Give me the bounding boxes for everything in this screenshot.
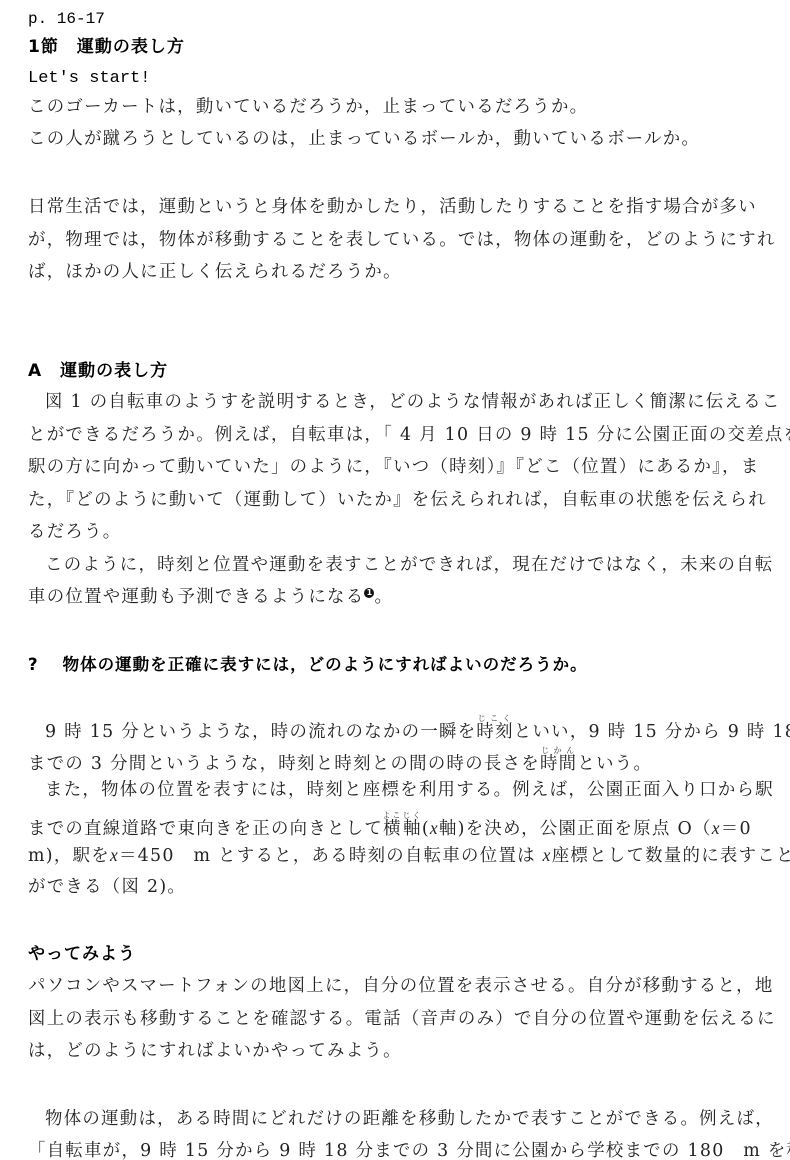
var-x: x <box>712 818 721 838</box>
term-jikan: 時間じかん <box>540 754 577 774</box>
try-it-heading: やってみよう <box>28 943 136 965</box>
subsection-a-para1-line-1: 図 1 の自転車のようすを説明するとき，どのような情報があれば正しく簡潔に伝える… <box>28 391 781 413</box>
time-para-line-6: ができる（図 2)。 <box>28 876 186 898</box>
term-jikan-ruby: じかん <box>540 746 577 755</box>
time-para-line-1: 9 時 15 分というような，時の流れのなかの一瞬を時刻じこくといい，9 時 1… <box>28 714 790 743</box>
intro-line-1: 日常生活では，運動というと身体を動かしたり，活動したりすることを指す場合が多い <box>28 196 757 218</box>
subsection-a-para1-line-3: 駅の方に向かって動いていた」のように，『いつ（時刻）』『どこ（位置）にあるか』，… <box>28 456 760 478</box>
lets-start-heading: Let's start! <box>28 68 150 90</box>
lets-start-line-2: この人が蹴ろうとしているのは，止まっているボールか，動いているボールか。 <box>28 128 700 150</box>
intro-line-2: が，物理では，物体が移動することを表している。では，物体の運動を，どのようにすれ <box>28 229 776 251</box>
subsection-a-para2-line-2: 車の位置や運動も予測できるようになる1。 <box>28 586 393 608</box>
time-line-4-mid: 軸)を決め，公園正面を原点 O（ <box>439 819 712 839</box>
closing-line-2: 「自転車が，9 時 15 分から 9 時 18 分までの 3 分間に公園から学校… <box>28 1140 790 1160</box>
para2-line-2-end: 。 <box>374 587 393 607</box>
term-jikoku: 時刻じこく <box>476 722 513 742</box>
time-para-line-2: までの 3 分間というような，時刻と時刻との間の時の長さを時間じかんという。 <box>28 746 652 775</box>
paren-open: ( <box>422 819 430 839</box>
term-jikoku-text: 時刻 <box>476 722 513 742</box>
time-para-line-4: までの直線道路で東向きを正の向きとして横軸よこじく(x軸)を決め，公園正面を原点… <box>28 811 752 840</box>
time-line-1-pre: 9 時 15 分というような，時の流れのなかの一瞬を <box>45 722 476 742</box>
time-line-5-a: m)，駅を <box>28 846 110 866</box>
try-it-line-1: パソコンやスマートフォンの地図上に，自分の位置を表示させる。自分が移動すると，地 <box>28 975 774 997</box>
var-x: x <box>430 818 439 838</box>
time-line-2-pre: までの 3 分間というような，時刻と時刻との間の時の長さを <box>28 754 540 774</box>
time-line-1-post: といい，9 時 15 分から 9 時 18 分 <box>514 722 790 742</box>
try-it-line-2: 図上の表示も移動することを確認する。電話（音声のみ）で自分の位置や運動を伝えるに <box>28 1008 776 1030</box>
term-yokojiku-ruby: よこじく <box>382 811 422 820</box>
lets-start-line-1: このゴーカートは，動いているだろうか，止まっているだろうか。 <box>28 96 588 118</box>
page-reference: p. 16-17 <box>28 8 105 30</box>
para2-line-2-text: 車の位置や運動も予測できるようになる <box>28 587 364 607</box>
time-line-4-pre: までの直線道路で東向きを正の向きとして <box>28 819 383 839</box>
closing-line-1: 物体の運動は，ある時間にどれだけの距離を移動したかで表すことができる。例えば， <box>28 1108 774 1130</box>
term-jikan-text: 時間 <box>540 754 577 774</box>
subsection-a-para2-line-1: このように，時刻と位置や運動を表すことができれば，現在だけではなく，未来の自転 <box>28 554 774 576</box>
subsection-a-para1-line-4: た，『どのように動いて（運動して）いたか』を伝えられれば，自転車の状態を伝えられ <box>28 489 767 511</box>
question-text: 物体の運動を正確に表すには，どのようにすればよいのだろうか。 <box>63 655 588 674</box>
try-it-line-3: は，どのようにすればよいかやってみよう。 <box>28 1040 402 1062</box>
var-x: x <box>543 845 552 865</box>
time-para-line-5: m)，駅をx＝450 m とすると，ある時刻の自転車の位置は x座標として数量的… <box>28 844 790 867</box>
footnote-marker-icon: 1 <box>364 588 374 598</box>
subsection-a-para1-line-2: とができるだろうか。例えば，自転車は，「 4 月 10 日の 9 時 15 分に… <box>28 424 790 446</box>
term-yokojiku-text: 横軸 <box>382 819 422 839</box>
time-line-5-c: 座標として数量的に表すこと <box>552 846 790 866</box>
time-line-5-b: ＝450 m とすると，ある時刻の自転車の位置は <box>119 846 543 866</box>
section-title: 1節 運動の表し方 <box>28 36 185 58</box>
time-line-4-end: ＝0 <box>721 819 752 839</box>
subsection-a-title: A 運動の表し方 <box>28 360 168 382</box>
term-jikoku-ruby: じこく <box>476 714 513 723</box>
time-para-line-3: また，物体の位置を表すには，時刻と座標を利用する。例えば，公園正面入り口から駅 <box>28 779 774 801</box>
subsection-a-para1-line-5: るだろう。 <box>28 521 121 543</box>
time-line-2-post: という。 <box>577 754 652 774</box>
var-x: x <box>110 845 119 865</box>
guiding-question: ?物体の運動を正確に表すには，どのようにすればよいのだろうか。 <box>28 654 588 676</box>
question-mark-icon: ? <box>28 655 39 674</box>
intro-line-3: ば，ほかの人に正しく伝えられるだろうか。 <box>28 261 402 283</box>
term-yokojiku: 横軸よこじく <box>383 819 422 839</box>
